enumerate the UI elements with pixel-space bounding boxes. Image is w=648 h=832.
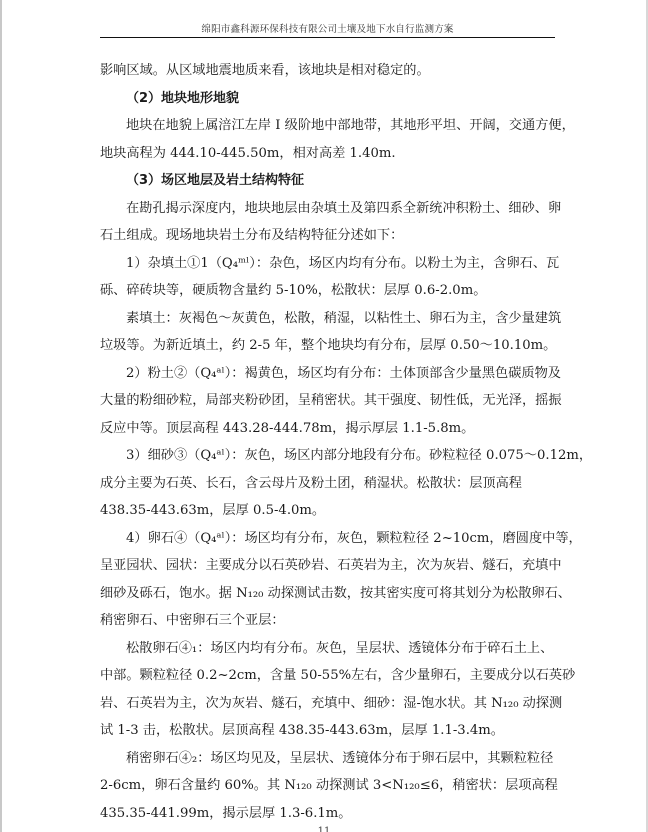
paragraph-line: 细砂及砾石，饱水。据 N₁₂₀ 动探测试击数，按其密实度可将其划分为松散卵石、 (100, 580, 538, 608)
paragraph-line: 影响区域。从区域地震地质来看，该地块是相对稳定的。 (100, 57, 538, 85)
paragraph-line: 稍密卵石④₂：场区均见及，呈层状、透镜体分布于卵石层中，其颗粒粒径 (100, 745, 538, 773)
paragraph-line: 素填土：灰褐色～灰黄色，松散，稍湿，以粘性土、卵石为主，含少量建筑 (100, 305, 538, 333)
paragraph-line: 中部。颗粒粒径 0.2~2cm，含量 50-55%左右，含少量卵石，主要成分以石… (100, 662, 538, 690)
paragraph-line: 稍密卵石、中密卵石三个亚层： (100, 607, 538, 635)
page-left-edge (0, 0, 2, 832)
paragraph-line: 大量的粉细砂粒，局部夹粉砂团，呈稍密状。其干强度、韧性低，无光泽，摇振 (100, 387, 538, 415)
paragraph-line: 地块高程为 444.10-445.50m，相对高差 1.40m. (100, 140, 538, 168)
paragraph-line: 石土组成。现场地块岩土分布及结构特征分述如下： (100, 222, 538, 250)
paragraph-line: 呈亚园状、园状：主要成分以石英砂岩、石英岩为主，次为灰岩、燧石，充填中 (100, 552, 538, 580)
paragraph-line: 松散卵石④₁：场区内均有分布。灰色，呈层状、透镜体分布于碎石土上、 (100, 635, 538, 663)
paragraph-line: 3）细砂③（Q₄ᵃˡ）：灰色，场区内部分地段有分布。砂粒粒径 0.075～0.1… (100, 442, 538, 470)
paragraph-line: 地块在地貌上属涪江左岸 I 级阶地中部地带，其地形平坦、开阔，交通方便， (100, 112, 538, 140)
page-number: 11 (0, 826, 648, 832)
page-header-title: 绵阳市鑫科源环保科技有限公司土壤及地下水自行监测方案 (100, 24, 555, 37)
paragraph-line: 1）杂填土①1（Q₄ᵐˡ）：杂色，场区内均有分布。以粉土为主，含卵石、瓦 (100, 250, 538, 278)
section-heading: （2）地块地形地貌 (100, 85, 538, 113)
paragraph-line: 在勘孔揭示深度内，地块地层由杂填土及第四系全新统冲积粉土、细砂、卵 (100, 195, 538, 223)
paragraph-line: 砾、碎砖块等，硬质物含量约 5-10%，松散状：层厚 0.6-2.0m。 (100, 277, 538, 305)
paragraph-line: 成分主要为石英、长石，含云母片及粉土团，稍湿状。松散状：层顶高程 (100, 470, 538, 498)
paragraph-line: 反应中等。顶层高程 443.28-444.78m，揭示厚层 1.1-5.8m。 (100, 415, 538, 443)
paragraph-line: 4）卵石④（Q₄ᵃˡ）：场区均有分布，灰色，颗粒粒径 2~10cm，磨圆度中等， (100, 525, 538, 553)
section-heading: （3）场区地层及岩土结构特征 (100, 167, 538, 195)
header-rule (100, 37, 555, 38)
paragraph-line: 435.35-441.99m，揭示层厚 1.3-6.1m。 (100, 800, 538, 828)
document-body: 影响区域。从区域地震地质来看，该地块是相对稳定的。（2）地块地形地貌地块在地貌上… (100, 57, 538, 827)
paragraph-line: 试 1-3 击，松散状。层顶高程 438.35-443.63m，层厚 1.1-3… (100, 717, 538, 745)
paragraph-line: 438.35-443.63m，层厚 0.5-4.0m。 (100, 497, 538, 525)
paragraph-line: 2）粉土②（Q₄ᵃˡ）：褐黄色，场区均有分布：土体顶部含少量黑色碳质物及 (100, 360, 538, 388)
paragraph-line: 垃圾等。为新近填土，约 2-5 年，整个地块均有分布，层厚 0.50～10.10… (100, 332, 538, 360)
paragraph-line: 2-6cm，卵石含量约 60%。其 N₁₂₀ 动探测试 3<N₁₂₀≤6，稍密状… (100, 772, 538, 800)
paragraph-line: 岩、石英岩为主，次为灰岩、燧石，充填中、细砂：湿-饱水状。其 N₁₂₀ 动探测 (100, 690, 538, 718)
